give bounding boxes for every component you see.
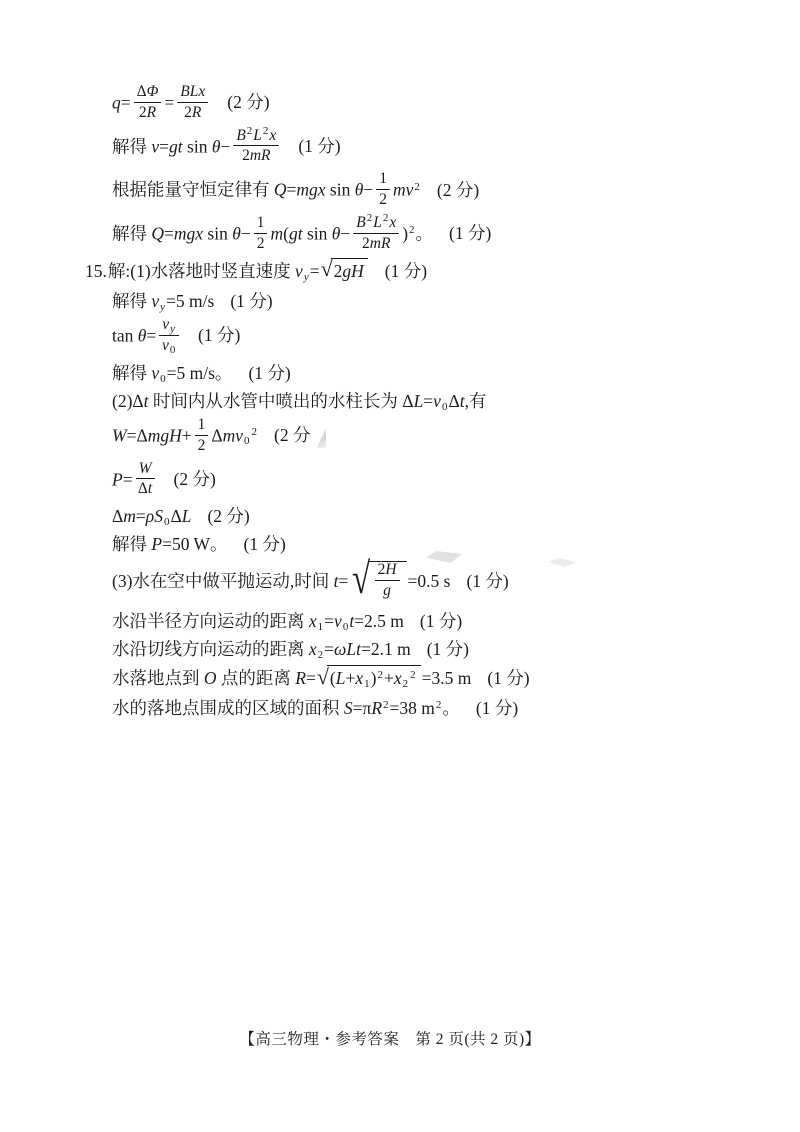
math-variable: O bbox=[204, 668, 217, 688]
math-variable: Q bbox=[274, 180, 287, 200]
math-variable: y bbox=[160, 301, 165, 313]
numerator: W bbox=[136, 460, 155, 480]
q15-x2-distance: 水沿切线方向运动的距离 x2=ωLt=2.1 m(1 分) bbox=[112, 638, 765, 661]
fraction: 2Hg bbox=[375, 561, 400, 600]
numerator: 1 bbox=[376, 170, 390, 190]
superscript: 2 bbox=[367, 212, 373, 224]
math-variable: mR bbox=[250, 147, 271, 164]
eq-energy-conservation: 根据能量守恒定律有 Q=mgx sin θ−12mv2(2 分) bbox=[112, 172, 765, 211]
math-variable: W bbox=[112, 425, 127, 445]
math-variable: t bbox=[460, 391, 465, 411]
score-label: (2 分) bbox=[174, 469, 216, 489]
math-variable: v bbox=[295, 261, 303, 281]
radicand: (L+x1)2+x22 bbox=[327, 665, 421, 690]
numerator: BLx bbox=[177, 83, 208, 103]
math-variable: x bbox=[309, 639, 317, 659]
radical-icon: √ bbox=[317, 666, 329, 688]
math-variable: W bbox=[139, 460, 152, 477]
score-label: (2 分) bbox=[437, 180, 479, 200]
score-label: (2 分 bbox=[274, 425, 310, 445]
numerator: B2L2x bbox=[353, 214, 399, 234]
q15-tan-theta: tan θ=vyv0(1 分) bbox=[112, 318, 765, 357]
math-variable: mgx bbox=[174, 223, 203, 243]
score-label: (2 分) bbox=[207, 506, 249, 526]
fraction: B2L2x2mR bbox=[353, 214, 399, 253]
math-variable: v bbox=[334, 611, 342, 631]
fraction: 12 bbox=[195, 416, 209, 455]
math-variable: v bbox=[151, 363, 159, 383]
answer-sheet-page: q=ΔΦ2R=BLx2R(2 分)解得 v=gt sin θ−B2L2x2mR(… bbox=[0, 0, 800, 1132]
fraction: ΔΦ2R bbox=[134, 83, 162, 122]
math-variable: t bbox=[334, 571, 339, 591]
math-variable: x bbox=[394, 668, 402, 688]
q15-part1-vy: 15.解:(1)水落地时竖直速度 vy=√2gH(1 分) bbox=[85, 260, 765, 286]
score-label: (1 分) bbox=[248, 363, 290, 383]
math-variable: ρ bbox=[146, 506, 154, 526]
math-variable: mgx bbox=[296, 180, 325, 200]
q15-work-eq: W=ΔmgH+12Δmv02(2 分 bbox=[112, 418, 765, 457]
math-variable: θ bbox=[355, 180, 364, 200]
math-variable: H bbox=[385, 561, 396, 578]
math-variable: x bbox=[309, 611, 317, 631]
score-label: (1 分) bbox=[466, 571, 508, 591]
math-variable: m bbox=[123, 506, 136, 526]
q15-radius-distance: 水落地点到 O 点的距离 R=√(L+x1)2+x22=3.5 m(1 分) bbox=[112, 667, 765, 693]
q15-part2-intro: (2)Δt 时间内从水管中喷出的水柱长为 ΔL=v0Δt,有 bbox=[112, 390, 765, 413]
superscript: 2 bbox=[263, 125, 269, 137]
subscript: 0 bbox=[164, 516, 170, 528]
q15-area: 水的落地点围成的区域的面积 S=πR2=38 m2。(1 分) bbox=[112, 697, 765, 720]
denominator: 2 bbox=[254, 234, 268, 253]
eq-charge: q=ΔΦ2R=BLx2R(2 分) bbox=[112, 85, 765, 124]
subscript: 0 bbox=[170, 344, 176, 356]
subscript: 0 bbox=[244, 435, 250, 447]
math-variable: R bbox=[147, 104, 156, 121]
math-variable: P bbox=[112, 469, 123, 489]
answer-lines: q=ΔΦ2R=BLx2R(2 分)解得 v=gt sin θ−B2L2x2mR(… bbox=[85, 80, 765, 725]
math-variable: y bbox=[304, 271, 309, 283]
math-variable: L bbox=[336, 668, 346, 688]
square-root: √2Hg bbox=[349, 559, 406, 603]
fraction: vyv0 bbox=[159, 316, 179, 355]
denominator: 2 bbox=[376, 190, 390, 209]
score-label: (1 分) bbox=[427, 639, 469, 659]
math-variable: S bbox=[344, 698, 353, 718]
score-label: (1 分) bbox=[449, 223, 491, 243]
math-variable: v bbox=[151, 136, 159, 156]
fraction: BLx2R bbox=[177, 83, 208, 122]
math-variable: ωLt bbox=[334, 639, 361, 659]
math-variable: L bbox=[414, 391, 424, 411]
math-variable: R bbox=[295, 668, 306, 688]
math-variable: gH bbox=[342, 261, 363, 281]
subscript: 0 bbox=[442, 401, 448, 413]
subscript: 0 bbox=[160, 373, 166, 385]
math-variable: θ bbox=[232, 223, 241, 243]
numerator: vy bbox=[159, 316, 179, 336]
radical-icon: √ bbox=[352, 557, 370, 601]
superscript: 2 bbox=[436, 699, 442, 711]
q15-part3-time: (3)水在空中做平抛运动,时间 t=√2Hg=0.5 s(1 分) bbox=[112, 561, 765, 605]
math-variable: v bbox=[162, 337, 169, 354]
math-variable: mR bbox=[370, 235, 391, 252]
page-footer: 【高三物理・参考答案 第 2 页(共 2 页)】 bbox=[0, 1027, 780, 1049]
denominator: v0 bbox=[159, 336, 179, 355]
math-variable: R bbox=[371, 698, 382, 718]
subscript: y bbox=[160, 301, 165, 313]
q15-v0-value: 解得 v0=5 m/s。(1 分) bbox=[112, 362, 765, 385]
math-variable: P bbox=[151, 534, 162, 554]
square-root: √(L+x1)2+x22 bbox=[317, 665, 421, 690]
fraction: WΔt bbox=[136, 460, 155, 499]
math-variable: mv bbox=[223, 425, 243, 445]
math-variable: g bbox=[383, 582, 391, 599]
math-variable: mv bbox=[393, 180, 413, 200]
q15-power-eq: P=WΔt(2 分) bbox=[112, 462, 765, 501]
numerator: B2L2x bbox=[233, 127, 279, 147]
score-label: (1 分) bbox=[420, 611, 462, 631]
subscript: y bbox=[304, 271, 309, 283]
fraction: 12 bbox=[376, 170, 390, 209]
math-variable: θ bbox=[332, 223, 341, 243]
subscript: 2 bbox=[403, 678, 409, 690]
subscript: y bbox=[170, 323, 175, 335]
math-variable: Q bbox=[151, 223, 164, 243]
math-variable: v bbox=[162, 316, 169, 333]
math-variable: x bbox=[389, 214, 396, 231]
superscript: 2 bbox=[410, 669, 416, 681]
math-variable: θ bbox=[212, 136, 221, 156]
math-variable: t bbox=[349, 611, 354, 631]
subscript: 1 bbox=[318, 621, 324, 633]
math-variable: x bbox=[269, 127, 276, 144]
math-variable: mgH bbox=[148, 425, 182, 445]
denominator: 2 bbox=[195, 436, 209, 455]
denominator: Δt bbox=[136, 479, 155, 498]
superscript: 2 bbox=[383, 699, 389, 711]
math-variable: B bbox=[236, 127, 245, 144]
score-label: (2 分) bbox=[227, 92, 269, 112]
math-variable: Φ bbox=[147, 83, 159, 100]
math-variable: S bbox=[154, 506, 163, 526]
math-variable: gt bbox=[169, 136, 183, 156]
math-variable: t bbox=[144, 391, 149, 411]
math-variable: B bbox=[356, 214, 365, 231]
math-variable: R bbox=[192, 104, 201, 121]
q15-x1-distance: 水沿半径方向运动的距离 x1=v0t=2.5 m(1 分) bbox=[112, 610, 765, 633]
math-variable: L bbox=[373, 214, 382, 231]
radicand: 2gH bbox=[331, 258, 368, 283]
math-variable: L bbox=[253, 127, 262, 144]
subscript: 2 bbox=[318, 649, 324, 661]
subscript: 0 bbox=[343, 621, 349, 633]
score-label: (1 分) bbox=[230, 291, 272, 311]
score-label: (1 分) bbox=[298, 136, 340, 156]
superscript: 2 bbox=[383, 212, 389, 224]
math-variable: v bbox=[151, 291, 159, 311]
math-variable: m bbox=[270, 223, 283, 243]
fraction: 12 bbox=[254, 214, 268, 253]
numerator: ΔΦ bbox=[134, 83, 162, 103]
denominator: 2mR bbox=[233, 146, 279, 165]
q15-power-value: 解得 P=50 W。(1 分) bbox=[112, 533, 765, 556]
math-variable: θ bbox=[138, 325, 147, 345]
superscript: 2 bbox=[409, 224, 415, 236]
score-label: (1 分) bbox=[244, 534, 286, 554]
denominator: 2mR bbox=[353, 234, 399, 253]
score-label: (1 分) bbox=[385, 261, 427, 281]
numerator: 1 bbox=[254, 214, 268, 234]
square-root: √2gH bbox=[321, 258, 368, 283]
score-label: (1 分) bbox=[198, 325, 240, 345]
superscript: 2 bbox=[377, 669, 383, 681]
numerator: 1 bbox=[195, 416, 209, 436]
q15-mass-eq: Δm=ρS0ΔL(2 分) bbox=[112, 505, 765, 528]
radicand: 2Hg bbox=[369, 561, 407, 602]
eq-heat-q: 解得 Q=mgx sin θ−12m(gt sin θ−B2L2x2mR)2。(… bbox=[112, 216, 765, 255]
radical-icon: √ bbox=[321, 258, 333, 280]
math-variable: y bbox=[170, 323, 175, 335]
question-number: 15. bbox=[85, 261, 107, 281]
score-label: (1 分) bbox=[476, 698, 518, 718]
fraction: B2L2x2mR bbox=[233, 127, 279, 166]
math-variable: q bbox=[112, 92, 121, 112]
score-label: (1 分) bbox=[487, 668, 529, 688]
superscript: 2 bbox=[247, 125, 253, 137]
math-variable: L bbox=[182, 506, 192, 526]
math-variable: gt bbox=[289, 223, 303, 243]
numerator: 2H bbox=[375, 561, 400, 581]
denominator: g bbox=[375, 581, 400, 600]
superscript: 2 bbox=[414, 181, 420, 193]
denominator: 2R bbox=[134, 103, 162, 122]
subscript: 1 bbox=[364, 678, 370, 690]
superscript: 2 bbox=[252, 426, 258, 438]
math-variable: t bbox=[148, 480, 152, 497]
math-variable: v bbox=[433, 391, 441, 411]
q15-vy-value: 解得 vy=5 m/s(1 分) bbox=[112, 290, 765, 313]
eq-velocity-v: 解得 v=gt sin θ−B2L2x2mR(1 分) bbox=[112, 129, 765, 168]
scan-artifact bbox=[313, 427, 326, 448]
math-variable: x bbox=[355, 668, 363, 688]
math-variable: BLx bbox=[180, 83, 205, 100]
denominator: 2R bbox=[177, 103, 208, 122]
